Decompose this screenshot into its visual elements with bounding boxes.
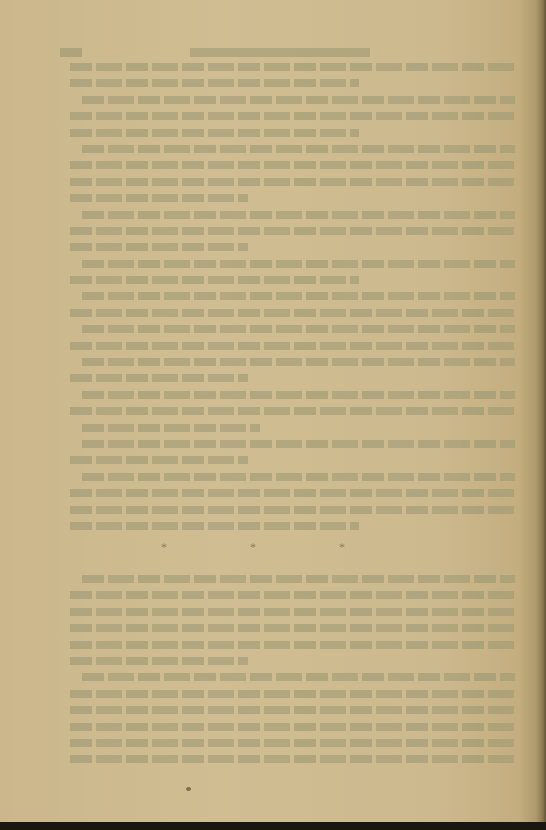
text-line bbox=[70, 489, 515, 497]
text-line bbox=[70, 309, 515, 317]
text-line bbox=[70, 407, 515, 415]
text-line bbox=[70, 194, 248, 202]
ink-spot bbox=[186, 787, 191, 791]
text-line bbox=[70, 79, 359, 87]
page-number bbox=[60, 48, 82, 57]
text-line bbox=[70, 522, 359, 530]
body-text-continued bbox=[70, 575, 515, 772]
text-line bbox=[82, 473, 515, 481]
text-line bbox=[82, 358, 515, 366]
text-line bbox=[70, 591, 515, 599]
body-text bbox=[70, 63, 515, 538]
text-line bbox=[70, 456, 248, 464]
text-line bbox=[82, 260, 515, 268]
running-head bbox=[190, 48, 370, 57]
text-line bbox=[70, 739, 515, 747]
text-line bbox=[70, 243, 248, 251]
text-line bbox=[70, 641, 515, 649]
text-line bbox=[70, 161, 515, 169]
text-line bbox=[82, 391, 515, 399]
text-line bbox=[82, 575, 515, 583]
text-line bbox=[70, 723, 515, 731]
text-line bbox=[70, 374, 248, 382]
text-line bbox=[70, 506, 515, 514]
section-separator: * * * bbox=[0, 540, 546, 555]
text-line bbox=[82, 211, 515, 219]
text-line bbox=[82, 292, 515, 300]
text-line bbox=[70, 227, 515, 235]
text-line bbox=[82, 96, 515, 104]
text-line bbox=[70, 624, 515, 632]
text-line bbox=[70, 706, 515, 714]
page-header bbox=[60, 46, 510, 60]
text-line bbox=[70, 342, 515, 350]
text-line bbox=[70, 276, 359, 284]
text-line bbox=[70, 129, 359, 137]
text-line bbox=[82, 325, 515, 333]
text-line bbox=[82, 673, 515, 681]
text-line bbox=[70, 657, 248, 665]
text-line bbox=[82, 440, 515, 448]
text-line bbox=[82, 424, 260, 432]
book-page: Body text present but illegible in scan bbox=[0, 0, 546, 822]
text-line bbox=[70, 178, 515, 186]
text-line bbox=[82, 145, 515, 153]
scan-edge bbox=[0, 822, 546, 830]
text-line bbox=[70, 63, 515, 71]
text-line bbox=[70, 112, 515, 120]
text-line bbox=[70, 755, 515, 763]
text-line bbox=[70, 608, 515, 616]
text-line bbox=[70, 690, 515, 698]
page-edge-shadow bbox=[536, 0, 546, 822]
